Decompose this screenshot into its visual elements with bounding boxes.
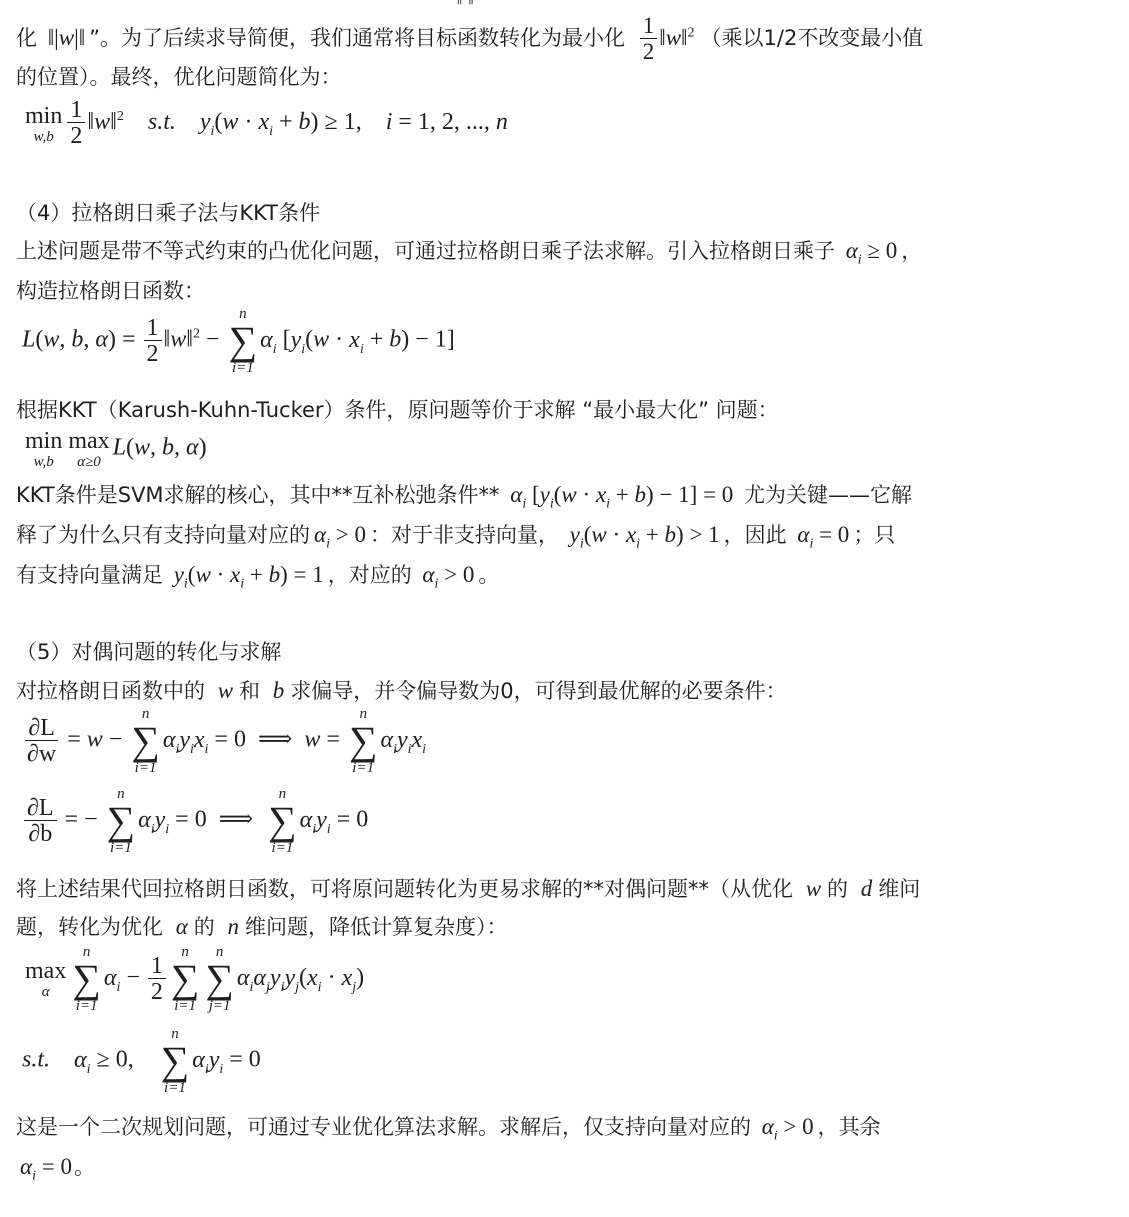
dual-constraint-equation: s.t. αi ≥ 0, n∑i=1αiyi = 0 bbox=[22, 1026, 261, 1096]
text: 尤为关键——它解 bbox=[744, 483, 912, 507]
derivative-w-equation: ∂L∂w = w − n∑i=1αiyixi = 0 ⟹ w = n∑i=1αi… bbox=[22, 706, 426, 776]
derivative-b-equation: ∂L∂b = − n∑i=1αiyi = 0 ⟹ n∑i=1αiyi = 0 bbox=[22, 786, 368, 856]
section-5-para-2-line-2: 题，转化为优化 α的 n维问题，降低计算复杂度）： bbox=[16, 912, 507, 942]
text: ”。为了后续求导简便，我们通常将目标函数转化为最小化 bbox=[89, 26, 625, 50]
kkt-line-2: 释了为什么只有支持向量对应的αi > 0：对于非支持向量， yi(w · xi … bbox=[16, 520, 895, 560]
intro-line-1: 化 ‖|w|‖”。为了后续求导简便，我们通常将目标函数转化为最小化 12‖w‖2… bbox=[16, 14, 923, 65]
math-d: d bbox=[861, 876, 873, 901]
text: 。 bbox=[74, 1155, 95, 1179]
math: αi > 0 bbox=[422, 562, 474, 587]
section-5-heading: （5）对偶问题的转化与求解 bbox=[16, 637, 281, 667]
text: ， bbox=[901, 239, 922, 263]
dual-objective-equation: maxαn∑i=1αi − 12n∑i=1n∑j=1αiαjyiyj(xi · … bbox=[22, 944, 364, 1014]
text: KKT条件是SVM求解的核心，其中**互补松弛条件** bbox=[16, 483, 500, 507]
minmax-equation: minw,bmaxα≥0L(w, b, α) bbox=[22, 428, 207, 470]
text: 这是一个二次规划问题，可通过专业优化算法求解。求解后，仅支持向量对应的 bbox=[16, 1115, 751, 1139]
text: 化 bbox=[16, 26, 37, 50]
text: ，对应的 bbox=[328, 563, 412, 587]
text: ，其余 bbox=[818, 1115, 881, 1139]
text: 维问 bbox=[878, 877, 920, 901]
text: 释了为什么只有支持向量对应的 bbox=[16, 523, 310, 547]
math: αi > 0 bbox=[314, 522, 366, 547]
math-half-norm: 12‖w‖2 bbox=[638, 25, 695, 50]
math-norm: ‖|w|‖ bbox=[48, 25, 85, 50]
section-5-para-2-line-1: 将上述结果代回拉格朗日函数，可将原问题转化为更易求解的**对偶问题**（从优化 … bbox=[16, 874, 920, 904]
section-4-para-1: 上述问题是带不等式约束的凸优化问题，可通过拉格朗日乘子法求解。引入拉格朗日乘子 … bbox=[16, 236, 922, 276]
text: 上述问题是带不等式约束的凸优化问题，可通过拉格朗日乘子法求解。引入拉格朗日乘子 bbox=[16, 239, 835, 263]
text: 维问题，降低计算复杂度）： bbox=[245, 915, 508, 939]
kkt-line-1: KKT条件是SVM求解的核心，其中**互补松弛条件** αi [yi(w · x… bbox=[16, 480, 912, 520]
math-b: b bbox=[273, 678, 285, 703]
text: ；只 bbox=[853, 523, 895, 547]
section-4-heading: （4）拉格朗日乘子法与KKT条件 bbox=[16, 198, 320, 228]
math: yi(w · xi + b) = 1 bbox=[174, 562, 324, 587]
kkt-line-3: 有支持向量满足 yi(w · xi + b) = 1，对应的 αi > 0。 bbox=[16, 560, 499, 600]
text: 的 bbox=[827, 877, 848, 901]
text: ：对于非支持向量， bbox=[370, 523, 559, 547]
section-5-para-1: 对拉格朗日函数中的 w和 b求偏导，并令偏导数为0，可得到最优解的必要条件： bbox=[16, 676, 787, 706]
lagrangian-equation: L(w, b, α) = 12‖w‖2 − n∑i=1αi [yi(w · xi… bbox=[22, 306, 455, 376]
text: 有支持向量满足 bbox=[16, 563, 163, 587]
clipped-math-remnant: ‖ ‖ bbox=[456, 0, 474, 12]
intro-line-2: 的位置）。最终，优化问题简化为： bbox=[16, 62, 342, 92]
primal-problem-equation: minw,b12‖w‖2 s.t. yi(w · xi + b) ≥ 1, i … bbox=[22, 98, 508, 149]
section-4-para-2: 构造拉格朗日函数： bbox=[16, 276, 205, 306]
math-complementary-slackness: αi [yi(w · xi + b) − 1] = 0 bbox=[510, 482, 733, 507]
text: 的 bbox=[194, 915, 215, 939]
text: 。 bbox=[478, 563, 499, 587]
math-alpha-ge-0: αi ≥ 0 bbox=[846, 238, 898, 263]
text: 求偏导，并令偏导数为0，可得到最优解的必要条件： bbox=[290, 679, 786, 703]
math: yi(w · xi + b) > 1 bbox=[570, 522, 720, 547]
section-5-para-3-line-2: αi = 0。 bbox=[16, 1152, 95, 1192]
section-4-para-3: 根据KKT（Karush-Kuhn-Tucker）条件，原问题等价于求解 “最小… bbox=[16, 395, 779, 425]
section-5-para-3-line-1: 这是一个二次规划问题，可通过专业优化算法求解。求解后，仅支持向量对应的 αi >… bbox=[16, 1112, 881, 1152]
math: αi = 0 bbox=[797, 522, 849, 547]
text: 将上述结果代回拉格朗日函数，可将原问题转化为更易求解的**对偶问题**（从优化 bbox=[16, 877, 793, 901]
text: 题，转化为优化 bbox=[16, 915, 163, 939]
math: αi > 0 bbox=[762, 1114, 814, 1139]
text: 对拉格朗日函数中的 bbox=[16, 679, 205, 703]
math-w: w bbox=[806, 876, 821, 901]
math: αi = 0 bbox=[20, 1154, 72, 1179]
text: （乘以1/2不改变最小值 bbox=[701, 26, 924, 50]
math-n: n bbox=[227, 914, 239, 939]
text: 和 bbox=[239, 679, 260, 703]
math-alpha: α bbox=[176, 914, 188, 939]
math-w: w bbox=[218, 678, 233, 703]
text: ，因此 bbox=[724, 523, 787, 547]
